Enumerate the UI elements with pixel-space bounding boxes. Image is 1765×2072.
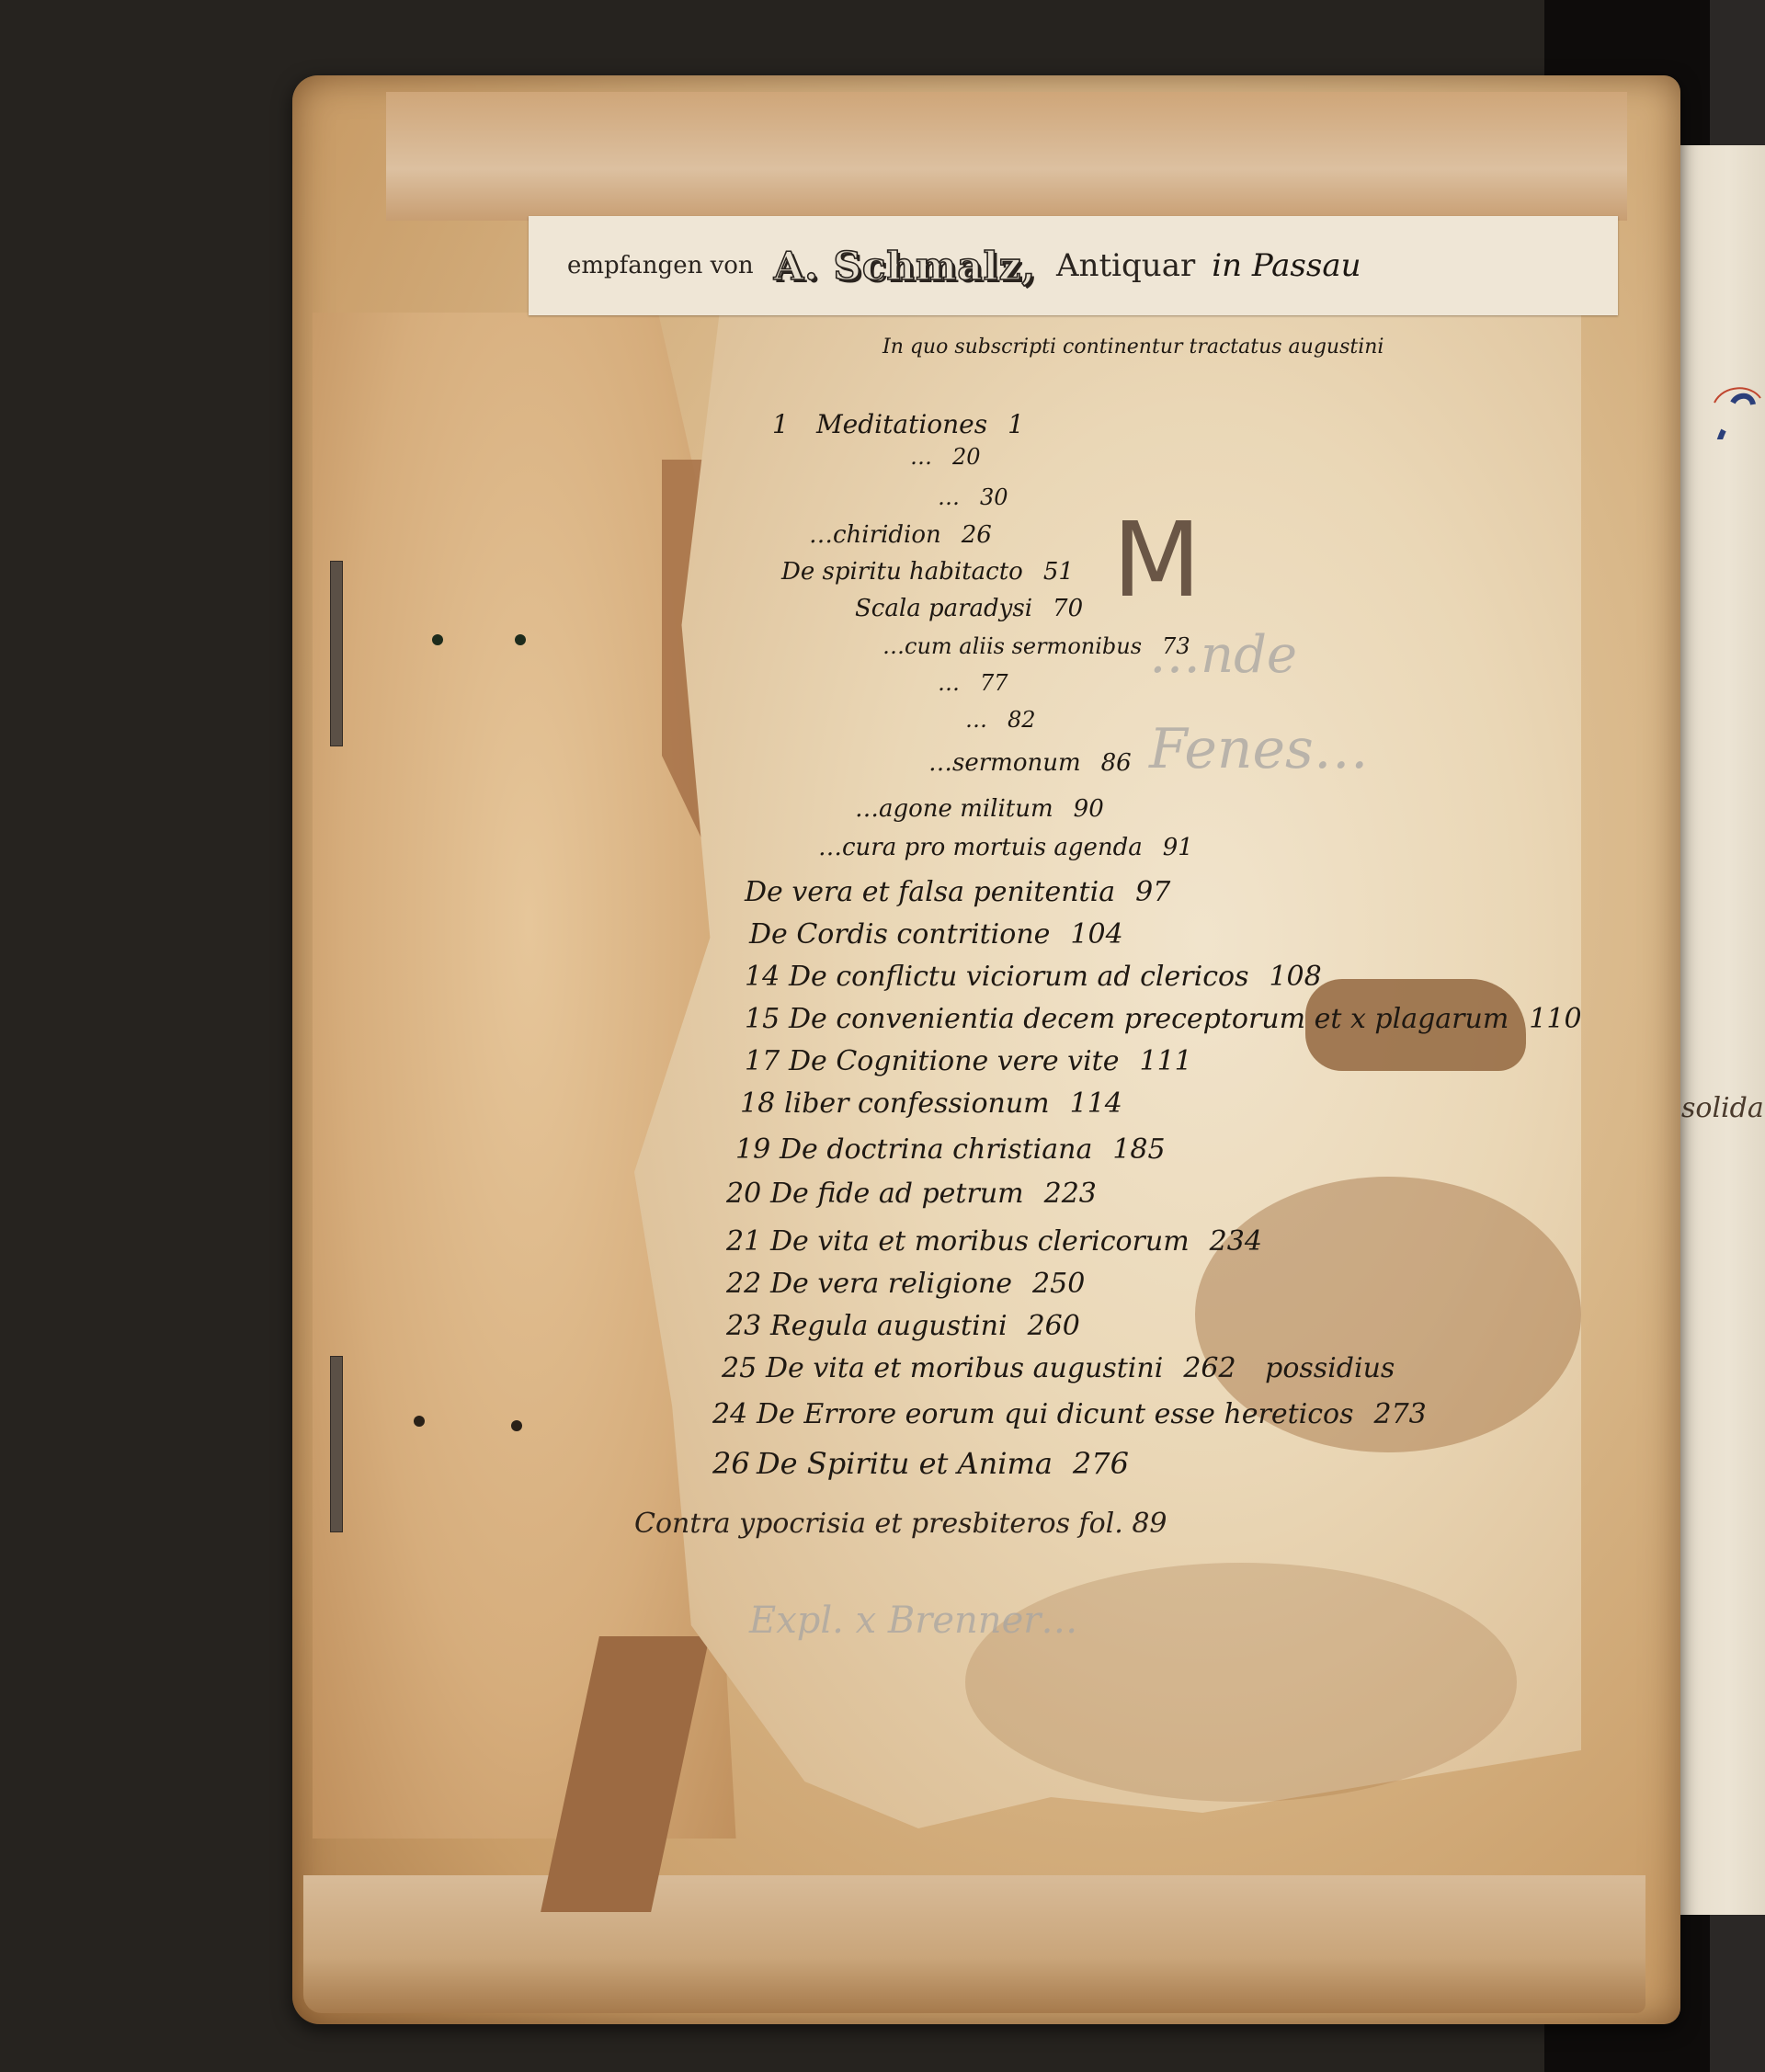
label-prefix: empfangen von [567,252,754,279]
toc-row: 24De Errore eorum qui dicunt esse hereti… [712,1398,1427,1430]
toc-row: …30 [938,484,1008,510]
toc-row: 17De Cognitione vere vite111 [745,1045,1192,1077]
large-initial-m: M [1112,501,1201,620]
nail-hole [511,1420,522,1431]
toc-row: …77 [938,670,1008,696]
dealer-label: empfangen von A. Schmalz, Antiquar in Pa… [529,216,1618,315]
toc-row: Scala paradysi70 [855,595,1083,622]
toc-row: …20 [910,444,981,470]
decorated-initial-icon [1696,366,1765,439]
toc-row: 15De convenientia decem preceptorum et x… [745,1003,1582,1035]
toc-row: 18liber confessionum114 [740,1087,1122,1120]
cover-turn-in-top [386,92,1627,221]
toc-row: De vera et falsa penitentia97 [745,876,1170,908]
pencil-note: Fenes… [1149,717,1369,781]
footnote-folio-reference: Contra ypocrisia et presbiteros fol. 89 [634,1508,1167,1540]
toc-row: …cum aliis sermonibus73 [882,633,1190,659]
toc-row: …82 [965,707,1036,733]
label-occupation: Antiquar [1056,247,1195,284]
toc-row: …chiridion26 [809,521,992,549]
clasp-plate-bottom [330,1356,343,1532]
toc-row: 26De Spiritu et Anima276 [712,1446,1129,1481]
clasp-plate-top [330,561,343,746]
pencil-note: Expl. x Brenner… [749,1600,1077,1642]
toc-row: …agone militum90 [855,795,1104,823]
toc-row: 20De fide ad petrum223 [726,1178,1097,1210]
label-dealer-name: A. Schmalz, [774,244,1036,289]
toc-row: 1Meditationes1 [772,409,1024,439]
toc-row: 14De conflictu viciorum ad clericos108 [745,961,1322,993]
water-stain [965,1563,1517,1802]
nail-hole [414,1416,425,1427]
nail-hole [432,634,443,645]
toc-row: De Cordis contritione104 [749,918,1123,951]
adjacent-manuscript-page: solida… [1666,145,1765,1915]
cover-turn-in-bottom [303,1875,1645,2013]
toc-row: 23Regula augustini260 [726,1310,1080,1342]
toc-heading: In quo subscripti continentur tractatus … [882,336,1384,359]
toc-row: 25De vita et moribus augustini262 possid… [722,1352,1395,1384]
nail-hole [515,634,526,645]
toc-row: De spiritu habitacto51 [781,558,1074,586]
toc-row: 21De vita et moribus clericorum234 [726,1225,1262,1258]
next-page-text: solida… [1681,1092,1765,1124]
label-handwritten-place: in Passau [1212,247,1361,284]
toc-row: …sermonum86 [928,749,1132,777]
toc-row: …cura pro mortuis agenda91 [818,834,1193,861]
toc-row: 19De doctrina christiana185 [735,1133,1166,1166]
toc-row: 22De vera religione250 [726,1268,1085,1300]
